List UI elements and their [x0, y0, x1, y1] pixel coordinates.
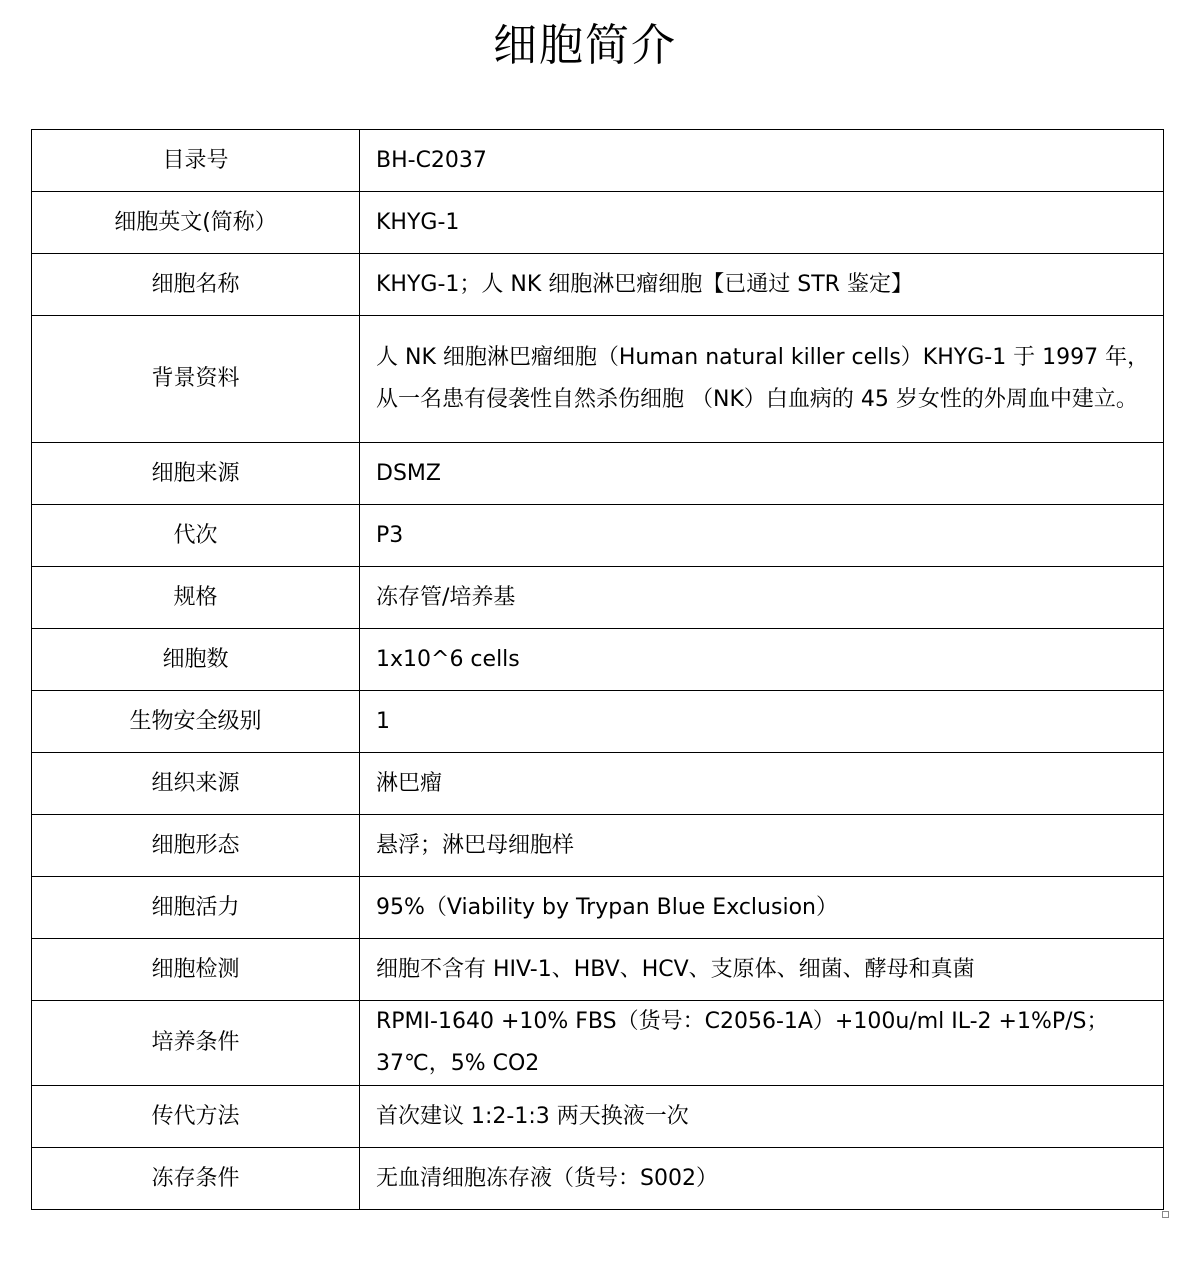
cell-info-table: 目录号 BH-C2037 细胞英文(简称） KHYG-1 细胞名称 KHYG-1… — [31, 129, 1164, 1210]
row-label: 传代方法 — [32, 1086, 360, 1148]
row-label: 代次 — [32, 505, 360, 567]
table-row-english-name: 细胞英文(简称） KHYG-1 — [32, 192, 1164, 254]
table-row-testing: 细胞检测 细胞不含有 HIV-1、HBV、HCV、支原体、细菌、酵母和真菌 — [32, 939, 1164, 1001]
row-label: 冻存条件 — [32, 1148, 360, 1210]
table-row-tissue-source: 组织来源 淋巴瘤 — [32, 753, 1164, 815]
row-value: DSMZ — [360, 443, 1164, 505]
table-row-subculture-method: 传代方法 首次建议 1:2-1:3 两天换液一次 — [32, 1086, 1164, 1148]
table-row-cell-count: 细胞数 1x10^6 cells — [32, 629, 1164, 691]
row-value: 悬浮；淋巴母细胞样 — [360, 815, 1164, 877]
row-value: 淋巴瘤 — [360, 753, 1164, 815]
row-label: 规格 — [32, 567, 360, 629]
table-row-catalog-number: 目录号 BH-C2037 — [32, 130, 1164, 192]
row-label: 组织来源 — [32, 753, 360, 815]
table-row-passage: 代次 P3 — [32, 505, 1164, 567]
row-label: 目录号 — [32, 130, 360, 192]
row-value: 无血清细胞冻存液（货号：S002） — [360, 1148, 1164, 1210]
row-value: 人 NK 细胞淋巴瘤细胞（Human natural killer cells）… — [360, 316, 1164, 443]
table-resize-handle[interactable] — [1162, 1211, 1169, 1218]
row-label: 细胞名称 — [32, 254, 360, 316]
row-value: 冻存管/培养基 — [360, 567, 1164, 629]
row-value: 细胞不含有 HIV-1、HBV、HCV、支原体、细菌、酵母和真菌 — [360, 939, 1164, 1001]
row-value: 1 — [360, 691, 1164, 753]
row-label: 细胞来源 — [32, 443, 360, 505]
row-value: 1x10^6 cells — [360, 629, 1164, 691]
table-row-background: 背景资料 人 NK 细胞淋巴瘤细胞（Human natural killer c… — [32, 316, 1164, 443]
row-value: BH-C2037 — [360, 130, 1164, 192]
table-row-source: 细胞来源 DSMZ — [32, 443, 1164, 505]
row-value: RPMI-1640 +10% FBS（货号：C2056-1A）+100u/ml … — [360, 1001, 1164, 1086]
row-label: 细胞活力 — [32, 877, 360, 939]
table-row-freezing-conditions: 冻存条件 无血清细胞冻存液（货号：S002） — [32, 1148, 1164, 1210]
row-value: 95%（Viability by Trypan Blue Exclusion） — [360, 877, 1164, 939]
row-value: 首次建议 1:2-1:3 两天换液一次 — [360, 1086, 1164, 1148]
table-row-viability: 细胞活力 95%（Viability by Trypan Blue Exclus… — [32, 877, 1164, 939]
table-row-cell-name: 细胞名称 KHYG-1；人 NK 细胞淋巴瘤细胞【已通过 STR 鉴定】 — [32, 254, 1164, 316]
table-row-culture-conditions: 培养条件 RPMI-1640 +10% FBS（货号：C2056-1A）+100… — [32, 1001, 1164, 1086]
row-value: P3 — [360, 505, 1164, 567]
row-value: KHYG-1 — [360, 192, 1164, 254]
row-label: 细胞数 — [32, 629, 360, 691]
row-label: 背景资料 — [32, 316, 360, 443]
row-label: 细胞英文(简称） — [32, 192, 360, 254]
document-title: 细胞简介 — [0, 14, 1170, 78]
row-label: 细胞形态 — [32, 815, 360, 877]
row-label: 细胞检测 — [32, 939, 360, 1001]
row-label: 生物安全级别 — [32, 691, 360, 753]
table-row-biosafety-level: 生物安全级别 1 — [32, 691, 1164, 753]
row-value: KHYG-1；人 NK 细胞淋巴瘤细胞【已通过 STR 鉴定】 — [360, 254, 1164, 316]
table-row-specification: 规格 冻存管/培养基 — [32, 567, 1164, 629]
table-row-morphology: 细胞形态 悬浮；淋巴母细胞样 — [32, 815, 1164, 877]
row-label: 培养条件 — [32, 1001, 360, 1086]
